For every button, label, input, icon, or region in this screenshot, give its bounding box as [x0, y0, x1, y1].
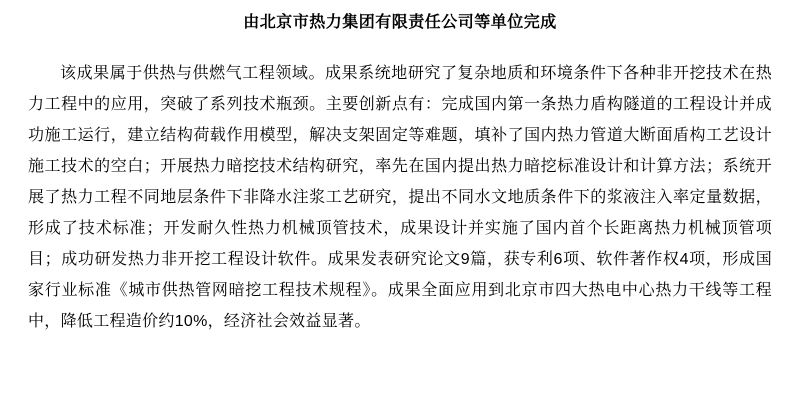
document-page: 由北京市热力集团有限责任公司等单位完成 该成果属于供热与供燃气工程领域。成果系统… — [0, 0, 800, 393]
document-title: 由北京市热力集团有限责任公司等单位完成 — [28, 12, 772, 34]
document-paragraph: 该成果属于供热与供燃气工程领域。成果系统地研究了复杂地质和环境条件下各种非开挖技… — [28, 58, 772, 337]
